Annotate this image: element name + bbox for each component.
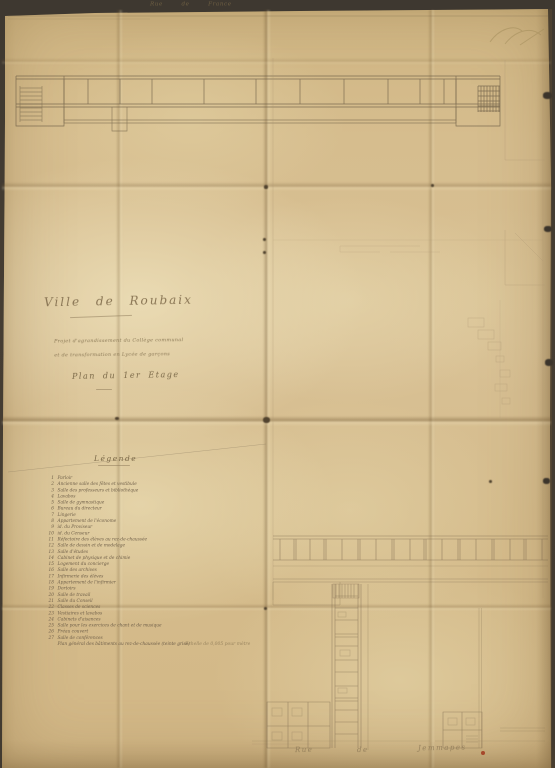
title-subtitles: Projet d'agrandissement du Collège commu… [54,334,184,363]
subtitle-line-2: et de transformation en Lycée de garçons [54,347,183,362]
top-wing-floor-plan [16,76,500,131]
fold-speck [264,185,268,189]
edge-tear [543,478,550,484]
street-word-3: Jemmapes [418,744,467,753]
fold-speck [489,480,492,483]
top-street-note: Rue de France [150,1,361,7]
edge-tear [544,226,552,232]
street-word-1: Rue [295,746,314,754]
edge-tear [543,92,552,99]
floor-title: Plan du 1er Étage [72,370,180,381]
red-survey-dot [481,751,485,755]
fold-speck [431,184,434,187]
pencil-paraph-icon [490,28,544,45]
legend-item-label: Plan général des bâtiments au rez-de-cha… [58,641,190,647]
fold-speck [263,238,266,241]
floor-underline [96,389,112,390]
faint-courtyard-plan [273,58,545,600]
fold-speck [115,417,119,420]
street-word-2: de [357,746,369,754]
fold-hole [263,417,270,423]
legend-underline [98,465,130,466]
classroom-band-plan [273,536,548,605]
scale-note: Échelle de 0,005 pour mètre [185,641,250,646]
title-city: Ville de Roubaix [44,293,193,310]
edge-tear [545,359,553,366]
legend-heading: Légende [94,454,137,463]
legend-list: 1Parloir2Ancienne salle des fêtes et ves… [46,475,266,647]
top-street-note-text: Rue de France [150,1,232,7]
fold-speck [264,607,267,610]
plan-linework [0,0,555,768]
fold-speck [263,251,266,254]
sheet-frame-lines [8,16,548,19]
subtitle-line-1: Projet d'agrandissement du Collège commu… [54,334,183,349]
bottom-wing-plan [252,584,545,750]
archival-plan-photograph: Rue de France Ville de Roubaix Projet d'… [0,0,555,768]
legend-item-number [46,641,54,647]
